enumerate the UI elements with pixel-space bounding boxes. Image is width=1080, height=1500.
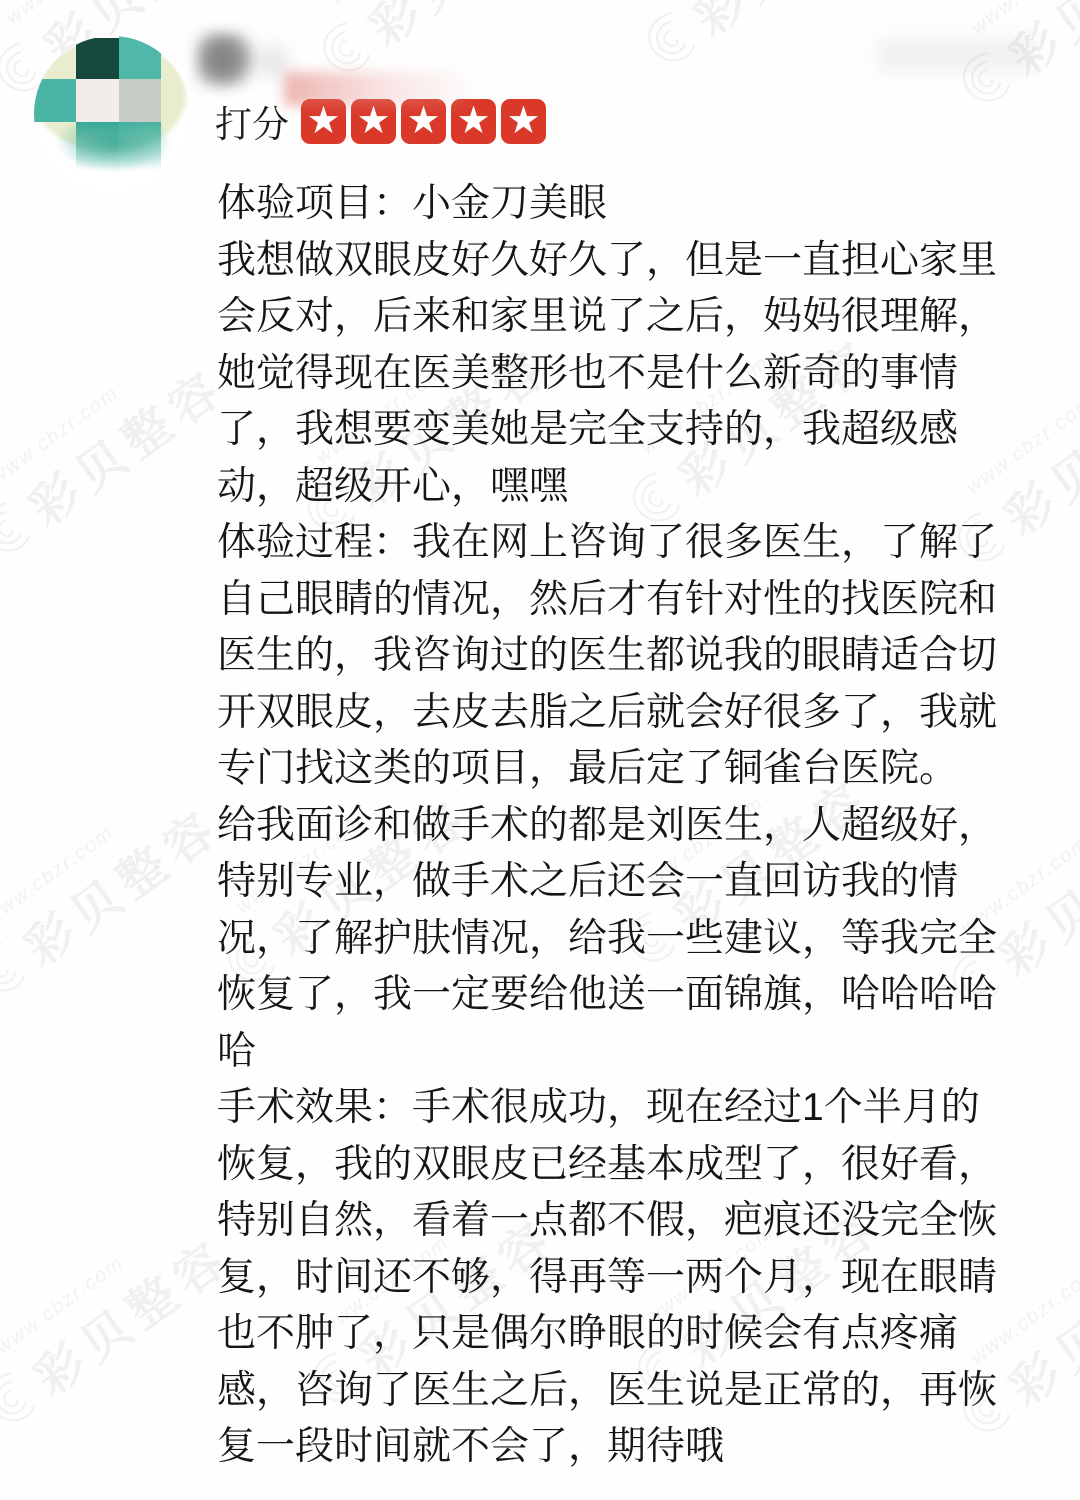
star-icon: ★ (301, 99, 346, 144)
star-icon: ★ (501, 99, 546, 144)
avatar-mosaic-block (76, 79, 119, 122)
watermark: www.cbzr.com彩贝整容 (615, 0, 903, 84)
review-line: 况，了解护肤情况，给我一些建议，等我完全 (217, 911, 1057, 968)
watermark-brand: 彩贝整容 (353, 0, 578, 59)
watermark-url: www.cbzr.com (0, 769, 191, 930)
watermark-logo-swirl (632, 0, 712, 81)
review-line: 我想做双眼皮好久好久了，但是一直担心家里 (217, 233, 1057, 290)
review-line: 给我面诊和做手术的都是刘医生，人超级好， (217, 798, 1057, 855)
avatar-mosaic-block (76, 122, 119, 176)
watermark-url: www.cbzr.com (327, 0, 536, 10)
avatar-mosaic-block (119, 122, 161, 176)
watermark-brand: 彩贝整容 (13, 349, 238, 539)
review-line: 哈 (217, 1024, 1057, 1081)
review-line: 感，咨询了医生之后，医生说是正常的，再恢 (217, 1363, 1057, 1420)
star-icon: ★ (401, 99, 446, 144)
watermark: www.cbzr.com彩贝整容 (0, 769, 233, 1014)
star-icon: ★ (451, 99, 496, 144)
star-rating: ★★★★★ (301, 99, 546, 144)
review-line: 医生的，我咨询过的医生都说我的眼睛适合切 (217, 628, 1057, 685)
username-censored-blur-fade (248, 38, 298, 86)
watermark-brand: 彩贝整容 (678, 0, 903, 49)
review-line: 手术效果：手术很成功，现在经过1个半月的 (217, 1080, 1057, 1137)
review-line: 会反对，后来和家里说了之后，妈妈很理解， (217, 289, 1057, 346)
rating-row: 打分 ★★★★★ (215, 94, 546, 148)
review-line: 体验过程：我在网上咨询了很多医生，了解了 (217, 515, 1057, 572)
review-line: 恢复，我的双眼皮已经基本成型了，很好看， (217, 1137, 1057, 1194)
censor-blur-gray (878, 38, 1034, 72)
review-page: www.cbzr.com彩贝整容www.cbzr.com彩贝整容www.cbzr… (0, 0, 1080, 1500)
watermark-url: www.cbzr.com (967, 0, 1080, 40)
watermark-brand: 彩贝整容 (8, 789, 233, 979)
star-icon: ★ (351, 99, 396, 144)
review-line: 自己眼睛的情况，然后才有针对性的找医院和 (217, 572, 1057, 629)
review-line: 特别自然，看着一点都不假，疤痕还没完全恢 (217, 1193, 1057, 1250)
review-line: 特别专业，做手术之后还会一直回访我的情 (217, 854, 1057, 911)
review-text: 体验项目：小金刀美眼我想做双眼皮好久好久了，但是一直担心家里会反对，后来和家里说… (217, 176, 1057, 1476)
watermark: www.cbzr.com彩贝整容 (290, 0, 578, 94)
rating-label: 打分 (215, 94, 289, 148)
review-line: 动，超级开心，嘿嘿 (217, 459, 1057, 516)
watermark-logo-swirl (307, 9, 387, 91)
watermark-logo-swirl (0, 489, 47, 571)
watermark-brand: 彩贝整容 (18, 1219, 243, 1409)
review-line: 体验项目：小金刀美眼 (217, 176, 1057, 233)
watermark: www.cbzr.com彩贝整容 (0, 329, 238, 574)
review-line: 复一段时间就不会了，期待哦 (217, 1419, 1057, 1476)
watermark: www.cbzr.com彩贝整容 (0, 1199, 243, 1444)
avatar[interactable] (34, 36, 190, 192)
watermark-url: www.cbzr.com (2, 0, 211, 30)
watermark-logo-swirl (0, 1359, 52, 1441)
review-line: 专门找这类的项目，最后定了铜雀台医院。 (217, 741, 1057, 798)
avatar-mosaic-block (76, 38, 119, 79)
watermark-url: www.cbzr.com (0, 329, 196, 490)
avatar-mosaic-block (119, 36, 161, 79)
review-line: 开双眼皮，去皮去脂之后就会好很多了，我就 (217, 685, 1057, 742)
avatar-mosaic-block (34, 79, 76, 122)
review-line: 她觉得现在医美整形也不是什么新奇的事情 (217, 346, 1057, 403)
avatar-mosaic-block (119, 79, 161, 122)
review-line: 复，时间还不够，得再等一两个月，现在眼睛 (217, 1250, 1057, 1307)
watermark-logo-swirl (0, 929, 42, 1011)
review-line: 了，我想要变美她是完全支持的，我超级感 (217, 402, 1057, 459)
watermark-url: www.cbzr.com (0, 1199, 201, 1360)
review-line: 也不肿了，只是偶尔睁眼的时候会有点疼痛 (217, 1306, 1057, 1363)
review-line: 恢复了，我一定要给他送一面锦旗，哈哈哈哈 (217, 967, 1057, 1024)
